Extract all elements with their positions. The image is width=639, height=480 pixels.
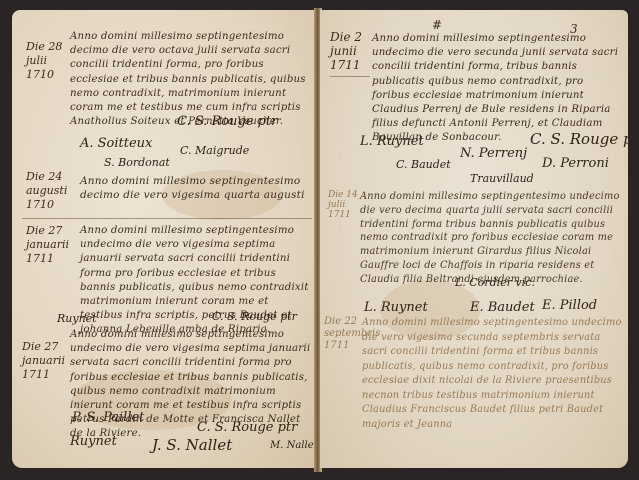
signature: C. S. Rouge ptr [197,420,297,435]
divider [22,218,312,219]
signature: Ruynet [70,434,117,449]
signature: D. Perroni [542,156,609,171]
signature: C. S. Rouge ptr [530,130,628,148]
folio-mark: # [432,18,442,32]
margin-date: Die 27 januarii 1711 [26,224,69,266]
entry-text: Anno domini millesimo septingentesimo un… [372,32,624,146]
right-page: # 3 Die 2 junii 1711 Anno domini millesi… [320,10,628,468]
signature: E. Pillod [542,298,597,313]
signature: Ruynet [57,312,97,325]
signature: A. Soitteux [80,136,152,151]
signature: L. Cordier vic. [455,276,535,289]
entry-text: Anno domini millesimo septingentesimo un… [362,316,624,432]
signature: C. S. Rouge ptr [212,310,297,323]
signature: J. S. Nallet [152,436,232,454]
margin-date: Die 14 julii 1711 [328,190,358,220]
signature: C. Maigrude [180,144,249,157]
entry-text: Anno domini millesimo septingentesimo de… [80,174,310,202]
divider [330,76,370,77]
signature: L. Ruynet [364,300,428,315]
margin-date: Die 24 augusti 1710 [26,170,67,212]
signature: E. Baudet [470,300,535,315]
signature: L. Ruynet [360,134,424,149]
left-page: Die 28 julii 1710 Anno domini millesimo … [12,10,316,468]
margin-date: Die 28 julii 1710 [26,40,62,82]
signature: M. Nallet [270,440,316,451]
signature: C. Baudet [396,158,451,171]
signature: P. S. Paillet [72,410,144,425]
margin-date: Die 27 januarii 1711 [22,340,65,382]
signature: N. Perrenj [460,146,527,161]
signature: C. S. Rouge ptr [177,114,277,129]
signature: Trauvillaud [470,172,534,185]
margin-date: Die 2 junii 1711 [330,30,362,72]
signature: S. Bordonat [104,156,170,169]
entry-text: Anno domini millesimo septingentesimo un… [360,190,622,287]
